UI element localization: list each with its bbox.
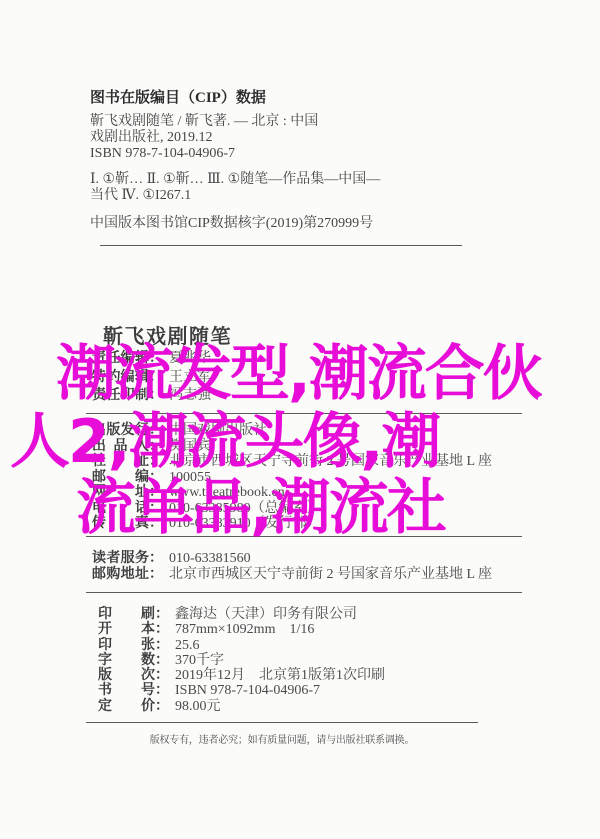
divider — [86, 536, 522, 537]
book-title: 靳飞戏剧随笔 — [103, 320, 232, 349]
row-label: 责任印制 — [92, 387, 149, 406]
row-value: 夏兆华 — [169, 351, 211, 366]
row-colon: ： — [149, 567, 163, 582]
row-colon: ： — [149, 370, 163, 385]
row-colon: ： — [149, 454, 163, 469]
row-label: 电话 — [92, 501, 149, 517]
cip-line: ISBN 978-7-104-04906-7 — [90, 146, 380, 162]
row-label: 社址 — [92, 454, 149, 470]
row-colon: ： — [155, 607, 169, 622]
row-label: 版次 — [98, 668, 155, 683]
divider — [100, 245, 462, 246]
row-label: 书号 — [98, 683, 155, 698]
printing-row: 印张：25.6 — [98, 638, 385, 653]
row-value: ISBN 978-7-104-04906-7 — [175, 683, 320, 698]
row-value: 010-63383910（发行部） — [169, 516, 321, 531]
row-label: 传真 — [92, 516, 149, 532]
row-label: 出版发行 — [92, 423, 149, 439]
printing-row: 版次：2019年12月 北京第1版第1次印刷 — [98, 668, 385, 683]
staff-row: 特约编辑：王立军 — [92, 369, 211, 388]
row-label: 定价 — [98, 699, 155, 714]
row-colon: ： — [149, 501, 163, 516]
row-label: 读者服务 — [92, 551, 149, 567]
row-colon: ： — [149, 439, 163, 454]
row-value: 100055 — [169, 470, 211, 485]
publisher-row: 网址：www.theatrebook.cn — [92, 485, 492, 501]
row-label: 开本 — [98, 622, 155, 637]
row-colon: ： — [149, 470, 163, 485]
publisher-row: 邮编：100055 — [92, 470, 492, 486]
row-label: 邮编 — [92, 470, 149, 486]
divider — [86, 413, 522, 414]
cip-line: 靳飞戏剧随笔 / 靳飞著. — 北京 : 中国 — [90, 114, 380, 130]
row-colon: ： — [155, 638, 169, 653]
cip-header: 图书在版编目（CIP）数据 — [90, 86, 380, 107]
row-value: 北京市西城区天宁寺前街 2 号国家音乐产业基地 L 座 — [169, 454, 492, 469]
row-value: 王立军 — [169, 370, 211, 385]
row-colon: ： — [155, 622, 169, 637]
cip-record-number: 中国版本图书馆CIP数据核字(2019)第270999号 — [90, 216, 380, 232]
cip-block: 图书在版编目（CIP）数据 靳飞戏剧随笔 / 靳飞著. — 北京 : 中国 戏剧… — [90, 86, 380, 232]
row-value: 鑫海达（天津）印务有限公司 — [175, 607, 357, 622]
staff-row: 责任编辑：夏兆华 — [92, 350, 211, 369]
service-row: 读者服务：010-63381560 — [92, 551, 492, 567]
row-label: 印张 — [98, 638, 155, 653]
row-colon: ： — [149, 485, 163, 500]
publisher-row: 社址：北京市西城区天宁寺前街 2 号国家音乐产业基地 L 座 — [92, 454, 492, 470]
row-colon: ： — [149, 388, 163, 403]
row-value: 25.6 — [175, 638, 200, 653]
printing-row: 字数：370千字 — [98, 653, 385, 668]
row-value: www.theatrebook.cn — [169, 485, 285, 500]
divider — [86, 722, 478, 723]
row-value: 北京市西城区天宁寺前街 2 号国家音乐产业基地 L 座 — [169, 567, 492, 582]
row-value: 中国戏剧出版社 — [169, 423, 267, 438]
row-label: 出品人 — [92, 439, 149, 455]
publisher-row: 出品人：樊国宾 — [92, 439, 492, 455]
printing-row: 定价：98.00元 — [98, 699, 385, 714]
row-value: 787mm×1092mm 1/16 — [175, 622, 314, 637]
staff-row: 责任印制冯志强：冯志强 — [92, 387, 211, 406]
cip-classification: Ⅰ. ①靳… Ⅱ. ①靳… Ⅲ. ①随笔—作品集—中国— — [90, 172, 380, 188]
row-label: 网址 — [92, 485, 149, 501]
printing-row: 印刷：鑫海达（天津）印务有限公司 — [98, 607, 385, 622]
cip-classification: 当代 Ⅳ. ①I267.1 — [90, 188, 380, 204]
service-block: 读者服务：010-63381560 邮购地址：北京市西城区天宁寺前街 2 号国家… — [92, 551, 492, 583]
row-colon: ： — [155, 653, 169, 668]
row-value: 2019年12月 北京第1版第1次印刷 — [175, 668, 385, 683]
row-value: 010-63381560 — [169, 551, 251, 566]
row-colon: ： — [149, 423, 163, 438]
publisher-row: 电话：010-63385980（总编室） — [92, 501, 492, 517]
row-value: 冯志强 — [169, 388, 211, 403]
row-value: 樊国宾 — [169, 439, 211, 454]
row-colon: ： — [155, 699, 169, 714]
printing-row: 书号：ISBN 978-7-104-04906-7 — [98, 683, 385, 698]
row-value: 98.00元 — [175, 699, 221, 714]
publisher-row: 出版发行：中国戏剧出版社 — [92, 423, 492, 439]
cip-line: 戏剧出版社, 2019.12 — [90, 130, 380, 146]
row-value: 010-63385980（总编室） — [169, 501, 321, 516]
row-label: 字数 — [98, 653, 155, 668]
divider — [86, 592, 522, 593]
printing-row: 开本：787mm×1092mm 1/16 — [98, 622, 385, 637]
staff-block: 责任编辑：夏兆华 特约编辑：王立军 责任印制冯志强：冯志强 — [92, 350, 211, 406]
row-colon: ： — [155, 668, 169, 683]
row-label: 印刷 — [98, 607, 155, 622]
row-value: 370千字 — [175, 653, 224, 668]
row-colon: ： — [149, 351, 163, 366]
copyright-notice: 版权专有，违者必究；如有质量问题，请与出版社联系调换。 — [86, 731, 478, 746]
publisher-block: 出版发行：中国戏剧出版社 出品人：樊国宾 社址：北京市西城区天宁寺前街 2 号国… — [92, 423, 492, 532]
row-colon: ： — [155, 683, 169, 698]
colophon-page: 图书在版编目（CIP）数据 靳飞戏剧随笔 / 靳飞著. — 北京 : 中国 戏剧… — [0, 0, 600, 839]
publisher-row: 传真：010-63383910（发行部） — [92, 516, 492, 532]
printing-block: 印刷：鑫海达（天津）印务有限公司 开本：787mm×1092mm 1/16 印张… — [98, 607, 385, 714]
row-label: 责任编辑 — [92, 350, 149, 369]
row-colon: ： — [149, 551, 163, 566]
row-label: 特约编辑 — [92, 369, 149, 388]
row-label: 邮购地址 — [92, 567, 149, 583]
row-colon: ： — [149, 516, 163, 531]
service-row: 邮购地址：北京市西城区天宁寺前街 2 号国家音乐产业基地 L 座 — [92, 567, 492, 583]
